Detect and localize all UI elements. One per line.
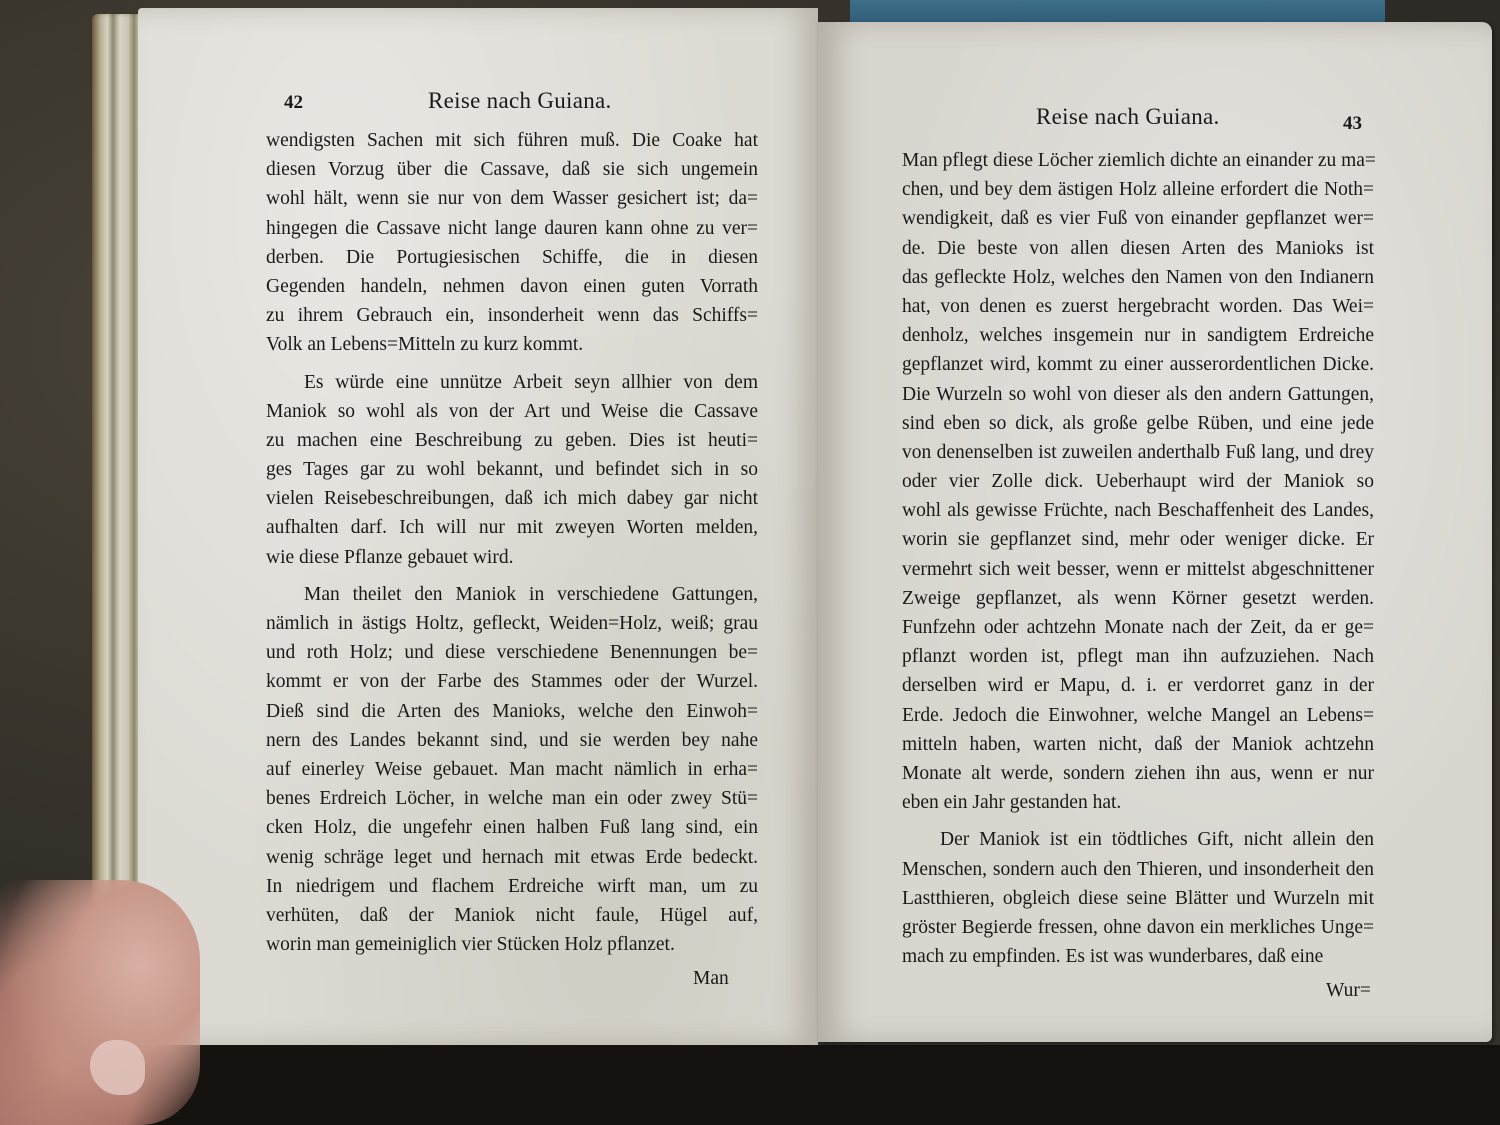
catchword: Man [693, 968, 729, 990]
paragraph-gap [266, 360, 758, 368]
running-head: Reise nach Guiana. [1036, 104, 1220, 130]
text-line: Monate alt werde, sondern ziehen ihn aus… [902, 759, 1374, 788]
text-line: pflanzt worden ist, pflegt man ihn aufzu… [902, 642, 1374, 671]
text-line: derselben wird er Mapu, d. i. er verdorr… [902, 671, 1374, 700]
text-line: auf einerley Weise gebauet. Man macht nä… [266, 755, 758, 784]
paragraph: Es würde eine unnütze Arbeit seyn allhie… [266, 368, 758, 572]
holding-hand [0, 880, 200, 1125]
text-line: Menschen, sondern auch den Thieren, und … [902, 855, 1374, 884]
paragraph: Man pflegt diese Löcher ziemlich dichte … [902, 146, 1374, 817]
text-line: cken Holz, die ungefehr einen halben Fuß… [266, 813, 758, 842]
text-line: Der Maniok ist ein tödtliches Gift, nich… [902, 825, 1374, 854]
text-line: Funfzehn oder achtzehn Monate nach der Z… [902, 613, 1374, 642]
text-line: verhüten, daß der Maniok nicht faule, Hü… [266, 901, 758, 930]
text-line: gröster Begierde fressen, ohne davon ein… [902, 913, 1374, 942]
text-line: hingegen die Cassave nicht lange dauren … [266, 214, 758, 243]
text-line: sind eben so dick, als große gelbe Rüben… [902, 409, 1374, 438]
text-line: Man theilet den Maniok in verschiedene G… [266, 580, 758, 609]
running-head: Reise nach Guiana. [428, 88, 612, 114]
text-line: de. Die beste von allen diesen Arten des… [902, 234, 1374, 263]
text-line: diesen Vorzug über die Cassave, daß sie … [266, 155, 758, 184]
text-line: wenig schräge leget und hernach mit etwa… [266, 843, 758, 872]
paragraph: Der Maniok ist ein tödtliches Gift, nich… [902, 825, 1374, 971]
left-text-block: wendigsten Sachen mit sich führen muß. D… [266, 126, 758, 959]
paragraph: Man theilet den Maniok in verschiedene G… [266, 580, 758, 959]
text-line: Die Wurzeln so wohl von dieser als den a… [902, 380, 1374, 409]
left-page: 42 Reise nach Guiana. wendigsten Sachen … [138, 8, 818, 1045]
text-line: derben. Die Portugiesischen Schiffe, die… [266, 243, 758, 272]
text-line: das gefleckte Holz, welches den Namen vo… [902, 263, 1374, 292]
page-number: 43 [1343, 113, 1362, 135]
text-line: worin sie gepflanzet sind, mehr oder wen… [902, 525, 1374, 554]
text-line: wendigsten Sachen mit sich führen muß. D… [266, 126, 758, 155]
text-line: Zweige gepflanzet, als wenn Körner geset… [902, 584, 1374, 613]
text-line: chen, und bey dem ästigen Holz alleine e… [902, 175, 1374, 204]
text-line: Erde. Jedoch die Einwohner, welche Mange… [902, 701, 1374, 730]
text-line: vielen Reisebeschreibungen, daß ich mich… [266, 484, 758, 513]
text-line: gepflanzet wird, kommt zu einer ausseror… [902, 350, 1374, 379]
text-line: vermehrt sich weit besser, wenn er mitte… [902, 555, 1374, 584]
text-line: wohl als gewisse Früchte, nach Beschaffe… [902, 496, 1374, 525]
text-line: mach zu empfinden. Es ist was wunderbare… [902, 942, 1374, 971]
text-line: Maniok so wohl als von der Art und Weise… [266, 397, 758, 426]
text-line: benes Erdreich Löcher, in welche man ein… [266, 784, 758, 813]
text-line: wie diese Pflanze gebauet wird. [266, 543, 758, 572]
paragraph-gap [266, 572, 758, 580]
text-line: wendigkeit, daß es vier Fuß von einander… [902, 204, 1374, 233]
paragraph-gap [902, 817, 1374, 825]
text-line: Lastthieren, obgleich diese seine Blätte… [902, 884, 1374, 913]
text-line: hat, von denen es zuerst hergebracht wor… [902, 292, 1374, 321]
right-text-block: Man pflegt diese Löcher ziemlich dichte … [902, 146, 1374, 971]
text-line: kommt er von der Farbe des Stammes oder … [266, 667, 758, 696]
text-line: Es würde eine unnütze Arbeit seyn allhie… [266, 368, 758, 397]
paragraph: wendigsten Sachen mit sich führen muß. D… [266, 126, 758, 360]
text-line: oder vier Zolle dick. Ueberhaupt wird de… [902, 467, 1374, 496]
book-cover-edge [90, 1045, 1500, 1125]
text-line: von denenselben ist zuweilen anderthalb … [902, 438, 1374, 467]
text-line: mitteln haben, warten nicht, daß der Man… [902, 730, 1374, 759]
text-line: Man pflegt diese Löcher ziemlich dichte … [902, 146, 1374, 175]
text-line: Volk an Lebens=Mitteln zu kurz kommt. [266, 330, 758, 359]
text-line: nern des Landes bekannt sind, und sie we… [266, 726, 758, 755]
text-line: Dieß sind die Arten des Manioks, welche … [266, 697, 758, 726]
text-line: zu ihrem Gebrauch ein, insonderheit wenn… [266, 301, 758, 330]
right-page: Reise nach Guiana. 43 Man pflegt diese L… [818, 22, 1492, 1042]
text-line: worin man gemeiniglich vier Stücken Holz… [266, 930, 758, 959]
text-line: Gegenden handeln, nehmen davon einen gut… [266, 272, 758, 301]
catchword: Wur= [1326, 980, 1371, 1002]
text-line: eben ein Jahr gestanden hat. [902, 788, 1374, 817]
text-line: nämlich in ästigs Holtz, gefleckt, Weide… [266, 609, 758, 638]
text-line: In niedrigem und flachem Erdreiche wirft… [266, 872, 758, 901]
text-line: ges Tages gar zu wohl bekannt, und befin… [266, 455, 758, 484]
text-line: und roth Holz; und diese verschiedene Be… [266, 638, 758, 667]
text-line: denholz, welches insgemein nur in sandig… [902, 321, 1374, 350]
photo-scene: 42 Reise nach Guiana. wendigsten Sachen … [0, 0, 1500, 1125]
page-number: 42 [284, 92, 303, 114]
text-line: wohl hält, wenn sie nur von dem Wasser g… [266, 184, 758, 213]
text-line: zu machen eine Beschreibung zu geben. Di… [266, 426, 758, 455]
text-line: aufhalten darf. Ich will nur mit zweyen … [266, 513, 758, 542]
